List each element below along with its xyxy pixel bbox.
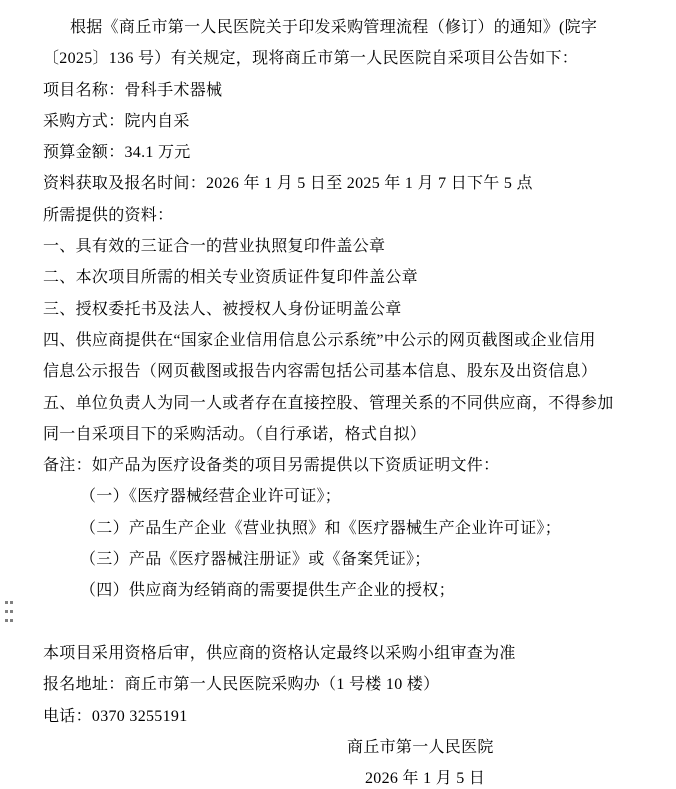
- field-budget: 预算金额：34.1 万元: [43, 137, 646, 168]
- intro-line-1: 根据《商丘市第一人民医院关于印发采购管理流程（修订）的通知》(院字: [43, 12, 646, 43]
- field-phone: 电话：0370 3255191: [43, 701, 646, 732]
- requirement-item-4-line-2: 信息公示报告（网页截图或报告内容需包括公司基本信息、股东及出资信息）: [43, 356, 646, 387]
- drag-anchor-icon[interactable]: [5, 601, 13, 622]
- anchor-dot: [10, 610, 13, 613]
- qualification-review-note: 本项目采用资格后审，供应商的资格认定最终以采购小组审查为准: [43, 638, 646, 669]
- intro-line-2: 〔2025〕136 号）有关规定，现将商丘市第一人民医院自采项目公告如下：: [43, 43, 646, 74]
- requirement-item-2: 二、本次项目所需的相关专业资质证件复印件盖公章: [43, 262, 646, 293]
- field-registration-time: 资料获取及报名时间：2026 年 1 月 5 日至 2025 年 1 月 7 日…: [43, 168, 646, 199]
- field-procurement-method: 采购方式：院内自采: [43, 106, 646, 137]
- remark-item-3: （三）产品《医疗器械注册证》或《备案凭证》；: [43, 544, 646, 575]
- anchor-dot: [10, 619, 13, 622]
- notice-body: 根据《商丘市第一人民医院关于印发采购管理流程（修订）的通知》(院字 〔2025〕…: [0, 0, 676, 789]
- field-registration-address: 报名地址：商丘市第一人民医院采购办（1 号楼 10 楼）: [43, 669, 646, 700]
- blank-line: [43, 607, 646, 638]
- section-required-materials: 所需提供的资料：: [43, 200, 646, 231]
- requirement-item-3: 三、授权委托书及法人、被授权人身份证明盖公章: [43, 294, 646, 325]
- anchor-dot: [5, 610, 8, 613]
- requirement-item-5-line-1: 五、单位负责人为同一人或者存在直接控股、管理关系的不同供应商，不得参加: [43, 388, 646, 419]
- remark-item-1: （一）《医疗器械经营企业许可证》；: [43, 481, 646, 512]
- requirement-item-5-line-2: 同一自采项目下的采购活动。（自行承诺，格式自拟）: [43, 419, 646, 450]
- anchor-dot: [10, 601, 13, 604]
- signature-date: 2026 年 1 月 5 日: [365, 763, 646, 789]
- requirement-item-1: 一、具有效的三证合一的营业执照复印件盖公章: [43, 231, 646, 262]
- field-project-name: 项目名称：骨科手术器械: [43, 75, 646, 106]
- requirement-item-4-line-1: 四、供应商提供在“国家企业信用信息公示系统”中公示的网页截图或企业信用: [43, 325, 646, 356]
- remark-item-4: （四）供应商为经销商的需要提供生产企业的授权；: [43, 575, 646, 606]
- document-page: 根据《商丘市第一人民医院关于印发采购管理流程（修订）的通知》(院字 〔2025〕…: [0, 0, 676, 789]
- remark-item-2: （二）产品生产企业《营业执照》和《医疗器械生产企业许可证》；: [43, 513, 646, 544]
- anchor-dot: [5, 601, 8, 604]
- anchor-dot: [5, 619, 8, 622]
- signature-org: 商丘市第一人民医院: [347, 732, 646, 763]
- remark-heading: 备注：如产品为医疗设备类的项目另需提供以下资质证明文件：: [43, 450, 646, 481]
